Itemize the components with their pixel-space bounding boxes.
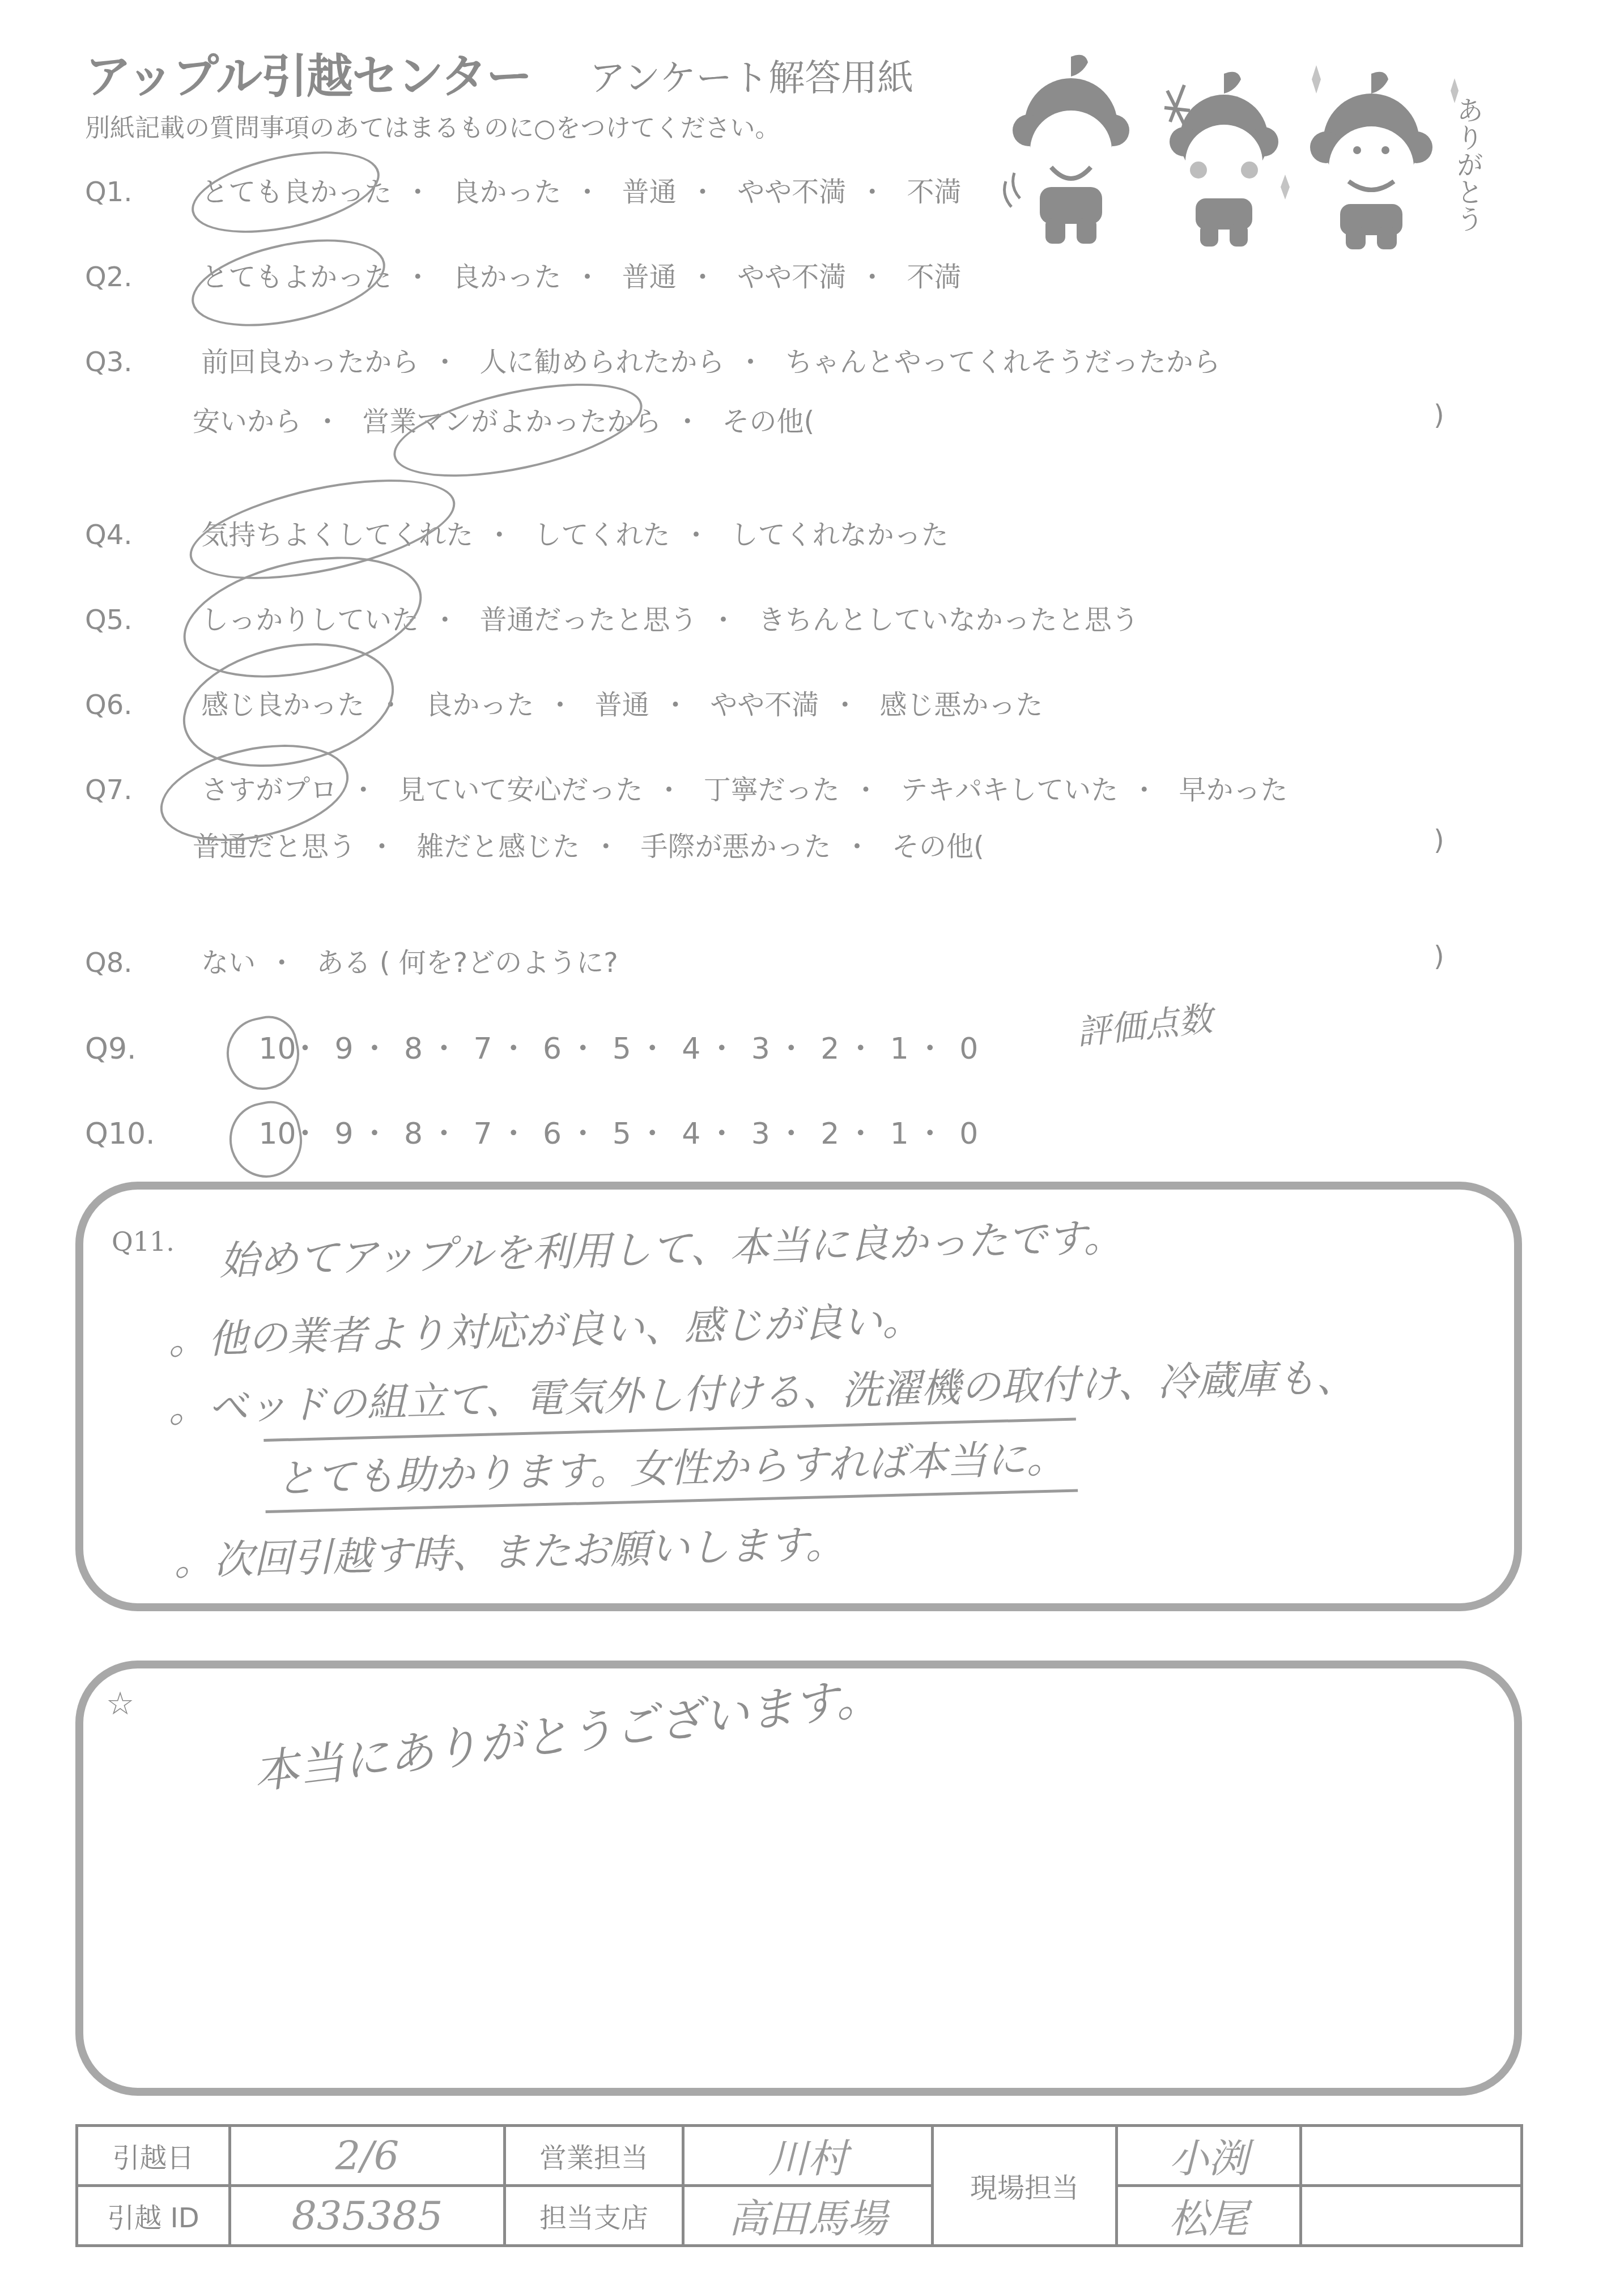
sales-value[interactable]: 川村 bbox=[683, 2126, 933, 2186]
rating-2[interactable]: 2 bbox=[814, 1117, 846, 1151]
option-q6-5[interactable]: 感じ悪かった bbox=[879, 689, 1043, 721]
move-id-label: 引越 ID bbox=[77, 2186, 230, 2246]
rating-5[interactable]: 5 bbox=[606, 1032, 637, 1066]
rating-9[interactable]: 9 bbox=[328, 1117, 360, 1151]
field-staff-label: 現場担当 bbox=[933, 2126, 1117, 2246]
question-label: Q9. bbox=[85, 1032, 193, 1066]
rating-q9: Q9. 10・ 9・ 8・ 7・ 6・ 5・ 4・ 3・ 2・ 1・ 0 bbox=[85, 1025, 985, 1067]
option-q2-4[interactable]: やや不満 bbox=[737, 261, 846, 293]
rating-q10: Q10. 10・ 9・ 8・ 7・ 6・ 5・ 4・ 3・ 2・ 1・ 0 bbox=[85, 1110, 985, 1152]
move-date-value[interactable]: 2/6 bbox=[230, 2126, 505, 2186]
extra-cell-1[interactable] bbox=[1301, 2126, 1522, 2186]
rating-7[interactable]: 7 bbox=[467, 1032, 499, 1066]
option-q2-5[interactable]: 不満 bbox=[907, 261, 961, 293]
question-label: Q5. bbox=[85, 604, 193, 636]
option-q6-4[interactable]: やや不満 bbox=[710, 689, 819, 721]
option-q7-2[interactable]: 見ていて安心だった bbox=[398, 774, 643, 806]
rating-4[interactable]: 4 bbox=[675, 1117, 707, 1151]
instruction-text: 別紙記載の質問事項のあてはまるものに○をつけてください。 bbox=[85, 108, 780, 144]
comment-line-5: 。次回引越す時、またお願いします。 bbox=[173, 1512, 846, 1587]
selection-circle bbox=[386, 366, 651, 495]
option-q3-other[interactable]: その他( bbox=[722, 406, 815, 438]
close-paren: ) bbox=[1434, 941, 1444, 973]
branch-label: 担当支店 bbox=[505, 2186, 683, 2246]
mascot-shy-icon bbox=[1164, 72, 1278, 247]
option-q7-other[interactable]: その他( bbox=[892, 831, 984, 863]
field-staff-1[interactable]: 小渕 bbox=[1117, 2126, 1301, 2186]
mascot-caption: ありがとう bbox=[1452, 96, 1483, 232]
rating-5[interactable]: 5 bbox=[606, 1117, 637, 1151]
rating-4[interactable]: 4 bbox=[675, 1032, 707, 1066]
rating-1[interactable]: 1 bbox=[883, 1117, 915, 1151]
extra-cell-2[interactable] bbox=[1301, 2186, 1522, 2246]
free-comment-box[interactable]: ☆ 本当にありがとうございます。 bbox=[75, 1661, 1522, 2096]
selection-circle bbox=[184, 137, 386, 247]
question-q3: Q3. 前回良かったから・ 人に勧められたから・ ちゃんとやってくれそうだったか… bbox=[85, 340, 1221, 379]
rating-3[interactable]: 3 bbox=[745, 1032, 776, 1066]
rating-9[interactable]: 9 bbox=[328, 1032, 360, 1066]
question-label: Q10. bbox=[85, 1117, 193, 1151]
question-label: Q8. bbox=[85, 947, 193, 979]
rating-7[interactable]: 7 bbox=[467, 1117, 499, 1151]
move-id-value[interactable]: 835385 bbox=[230, 2186, 505, 2246]
comment-line-1: 始めてアップルを利用して、本当に良かったです。 bbox=[219, 1205, 1124, 1286]
rating-0[interactable]: 0 bbox=[953, 1032, 985, 1066]
question-label: Q6. bbox=[85, 689, 193, 721]
option-q4-3[interactable]: してくれなかった bbox=[731, 519, 949, 551]
option-q2-3[interactable]: 普通 bbox=[622, 261, 677, 293]
rating-8[interactable]: 8 bbox=[398, 1032, 430, 1066]
option-q3-1[interactable]: 前回良かったから bbox=[201, 346, 419, 378]
star-icon: ☆ bbox=[106, 1685, 134, 1722]
company-name: アップル引越センター bbox=[85, 40, 532, 106]
sales-label: 営業担当 bbox=[505, 2126, 683, 2186]
rating-1[interactable]: 1 bbox=[883, 1032, 915, 1066]
selection-circle bbox=[220, 1010, 306, 1097]
close-paren: ) bbox=[1434, 825, 1444, 856]
option-q7-3[interactable]: 丁寧だった bbox=[704, 774, 840, 806]
question-q8: Q8. ない・ ある ( 何を?どのように? bbox=[85, 941, 618, 980]
question-label: Q4. bbox=[85, 519, 193, 551]
option-q4-2[interactable]: してくれた bbox=[534, 519, 670, 551]
option-q8-2[interactable]: ある ( 何を?どのように? bbox=[317, 947, 618, 979]
option-q3-3[interactable]: ちゃんとやってくれそうだったから bbox=[785, 346, 1221, 378]
rating-0[interactable]: 0 bbox=[953, 1117, 985, 1151]
comment-line-2: 。他の業者より対応が良い、感じが良い。 bbox=[168, 1289, 922, 1366]
question-label: Q2. bbox=[85, 261, 193, 293]
option-q1-5[interactable]: 不満 bbox=[907, 176, 961, 208]
question-q7-line2: 普通だと思う・ 雑だと感じた・ 手際が悪かった・ その他( bbox=[193, 825, 984, 864]
option-q6-3[interactable]: 普通 bbox=[595, 689, 649, 721]
option-q6-2[interactable]: 良かった bbox=[426, 689, 534, 721]
form-title: アンケート解答用紙 bbox=[589, 49, 913, 101]
q11-comment-box[interactable]: Q11. 始めてアップルを利用して、本当に良かったです。 。他の業者より対応が良… bbox=[75, 1182, 1522, 1611]
option-q5-3[interactable]: きちんとしていなかったと思う bbox=[758, 604, 1139, 636]
mascot-illustration: ありがとう bbox=[997, 45, 1507, 249]
selection-circle bbox=[184, 224, 393, 341]
info-table: 引越日 2/6 営業担当 川村 現場担当 小渕 引越 ID 835385 担当支… bbox=[75, 2124, 1523, 2247]
option-q7-7[interactable]: 雑だと感じた bbox=[416, 831, 580, 863]
option-q7-8[interactable]: 手際が悪かった bbox=[641, 831, 831, 863]
option-q1-3[interactable]: 普通 bbox=[622, 176, 677, 208]
rating-6[interactable]: 6 bbox=[537, 1032, 568, 1066]
option-q5-2[interactable]: 普通だったと思う bbox=[480, 604, 698, 636]
option-q2-2[interactable]: 良かった bbox=[453, 261, 562, 293]
field-staff-2[interactable]: 松尾 bbox=[1117, 2186, 1301, 2246]
question-label: Q1. bbox=[85, 176, 193, 208]
question-label: Q3. bbox=[85, 346, 193, 378]
comment-line-4: とても助かります。女性からすれば本当に。 bbox=[263, 1417, 1078, 1513]
move-date-label: 引越日 bbox=[77, 2126, 230, 2186]
rating-2[interactable]: 2 bbox=[814, 1032, 846, 1066]
free-comment-text: 本当にありがとうございます。 bbox=[249, 1660, 883, 1802]
mascot-winking-icon bbox=[1005, 55, 1129, 244]
q11-label: Q11. bbox=[112, 1226, 175, 1257]
option-q1-4[interactable]: やや不満 bbox=[737, 176, 846, 208]
mascot-smiling-icon bbox=[1281, 65, 1459, 249]
selection-circle bbox=[223, 1095, 309, 1184]
option-q3-4[interactable]: 安いから bbox=[193, 406, 301, 438]
close-paren: ) bbox=[1434, 400, 1444, 431]
option-q8-1[interactable]: ない bbox=[201, 947, 256, 979]
option-q1-2[interactable]: 良かった bbox=[453, 176, 562, 208]
option-q7-5[interactable]: 早かった bbox=[1179, 774, 1287, 806]
handwritten-note-q9: 評価点数 bbox=[1074, 992, 1215, 1055]
rating-8[interactable]: 8 bbox=[398, 1117, 430, 1151]
rating-3[interactable]: 3 bbox=[745, 1117, 776, 1151]
rating-6[interactable]: 6 bbox=[537, 1117, 568, 1151]
option-q7-4[interactable]: テキパキしていた bbox=[900, 774, 1118, 806]
option-q3-2[interactable]: 人に勧められたから bbox=[480, 346, 725, 378]
branch-value[interactable]: 高田馬場 bbox=[683, 2186, 933, 2246]
